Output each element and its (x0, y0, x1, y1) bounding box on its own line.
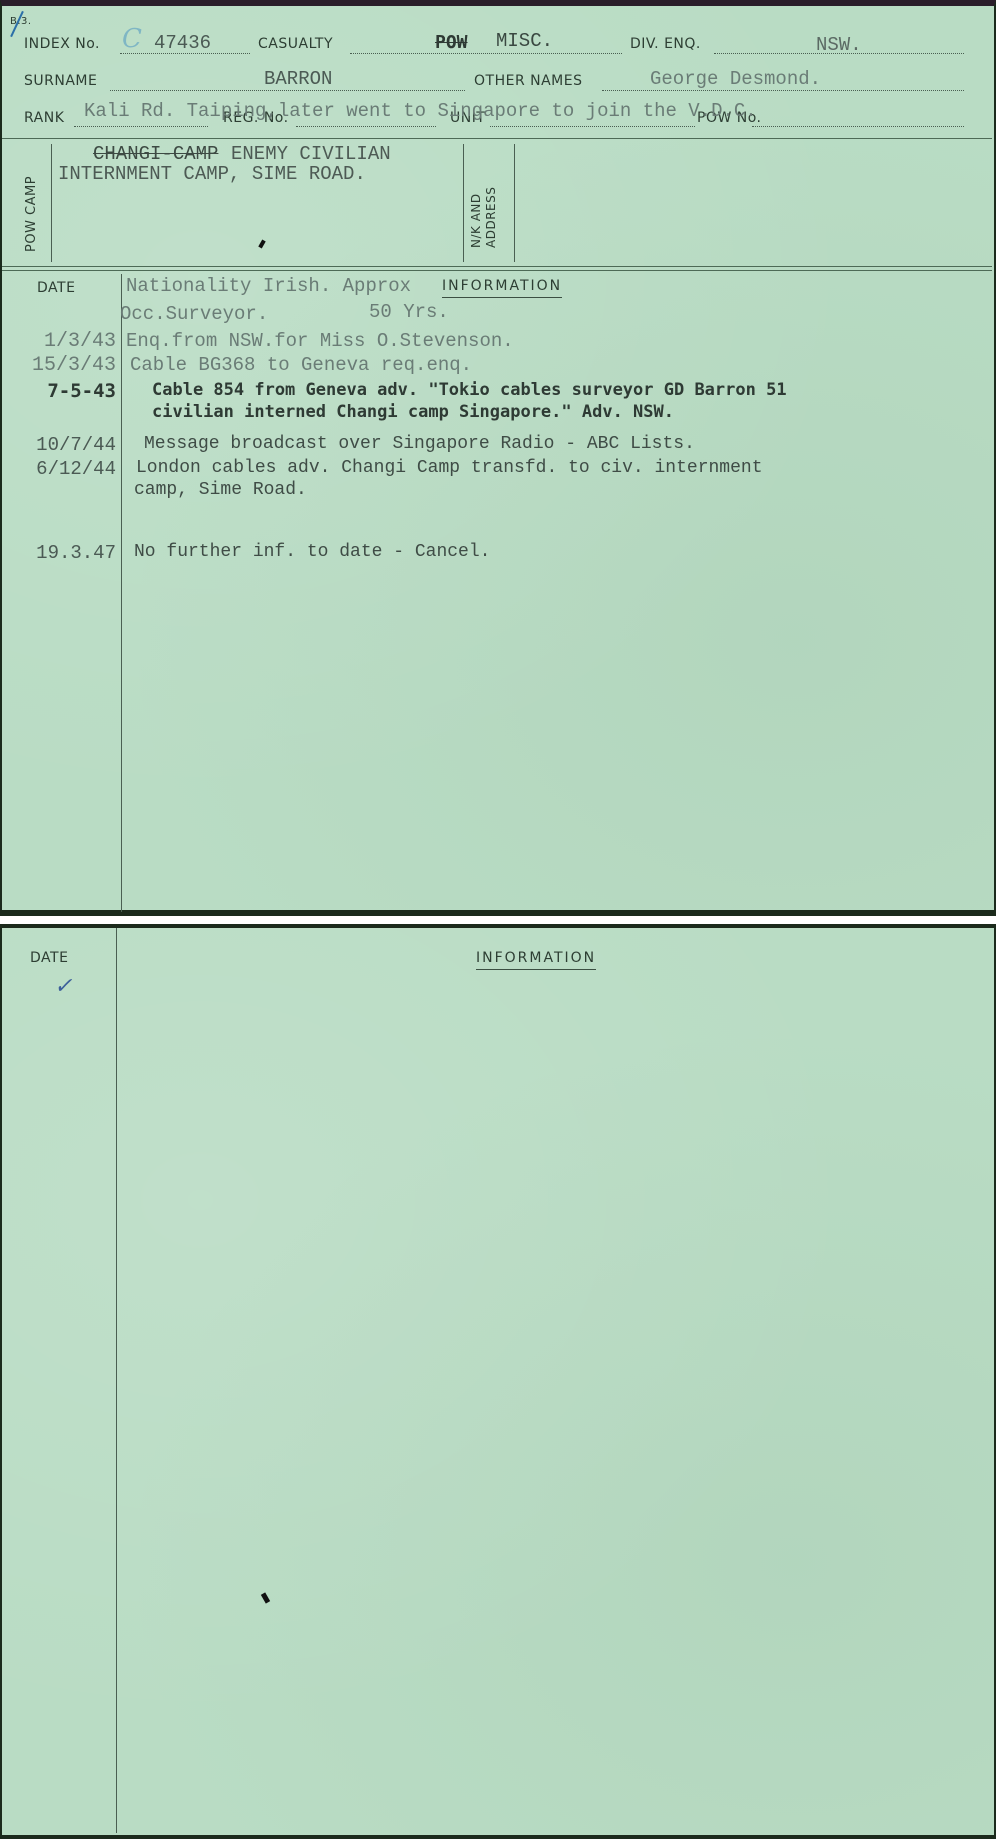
other-names-label: OTHER NAMES (474, 73, 582, 89)
index-no-value: 47436 (154, 32, 211, 54)
nk-address-divider-left (463, 144, 464, 262)
rank-line-typed-text: Kali Rd. Taiping,later went to Singapore… (84, 100, 757, 122)
surname-line (110, 90, 465, 91)
log-entry-text: London cables adv. Changi Camp transfd. … (136, 458, 763, 478)
handwritten-index-prefix: C (122, 24, 142, 54)
surname-value: BARRON (264, 68, 332, 90)
index-no-label: INDEX No. (24, 36, 100, 52)
index-card-back: DATE INFORMATION ✓ (0, 924, 996, 1839)
rank-line (74, 126, 208, 127)
nk-address-label: N/K AND ADDRESS (469, 187, 499, 248)
date-header: DATE (37, 280, 75, 296)
casualty-value: MISC. (496, 30, 553, 52)
preamble-line1: Nationality Irish. Approx (126, 275, 411, 297)
rank-label: RANK (24, 110, 64, 126)
back-date-column-divider (116, 928, 117, 1833)
section-divider-top (2, 138, 992, 139)
other-names-line (602, 90, 964, 91)
surname-label: SURNAME (24, 73, 97, 89)
back-information-header: INFORMATION (476, 950, 596, 970)
unit-line (490, 126, 695, 127)
ink-blot (261, 1592, 270, 1603)
log-entry-date: 7-5-43 (47, 380, 116, 402)
log-entry-date: 1/3/43 (44, 330, 116, 353)
log-entry-date: 15/3/43 (32, 354, 116, 377)
nk-address-field (522, 146, 982, 256)
nk-address-label-line1: N/K AND (469, 187, 484, 248)
log-entry-text: No further inf. to date - Cancel. (134, 542, 490, 562)
casualty-label: CASUALTY (258, 36, 333, 52)
date-column-divider (121, 274, 122, 912)
log-entry-text: civilian interned Changi camp Singapore.… (152, 402, 674, 422)
casualty-struck-value: POW (435, 32, 468, 53)
div-enq-value: NSW. (816, 34, 862, 56)
pow-camp-line1: ENEMY CIVILIAN (231, 143, 391, 165)
pow-camp-line2: INTERNMENT CAMP, SIME ROAD. (58, 163, 366, 185)
pow-camp-divider (51, 144, 52, 262)
preamble-line2-b: 50 Yrs. (369, 301, 449, 323)
back-date-header: DATE (30, 950, 68, 966)
log-entry-text: Cable BG368 to Geneva req.enq. (130, 354, 472, 376)
check-mark-icon: ✓ (54, 974, 72, 999)
log-entry-text: Message broadcast over Singapore Radio -… (144, 434, 695, 454)
reg-no-line (296, 126, 436, 127)
information-header: INFORMATION (442, 278, 562, 298)
log-entry-date: 6/12/44 (36, 458, 116, 480)
ink-blot (258, 240, 265, 249)
log-entry-text: Cable 854 from Geneva adv. "Tokio cables… (152, 380, 787, 400)
div-enq-label: DIV. ENQ. (630, 36, 701, 52)
section-divider-double (2, 266, 992, 271)
nk-address-divider-right (514, 144, 515, 262)
log-entry-text: Enq.from NSW.for Miss O.Stevenson. (126, 330, 514, 352)
casualty-line (350, 53, 622, 54)
other-names-value: George Desmond. (650, 68, 821, 90)
preamble-line2-a: Occ.Surveyor. (120, 303, 268, 325)
pow-camp-label: POW CAMP (24, 176, 39, 252)
log-entry-text: camp, Sime Road. (134, 480, 307, 500)
log-entry-date: 19.3.47 (36, 542, 116, 564)
pow-camp-struck-value: CHANGI-CAMP (93, 143, 218, 165)
log-entry-date: 10/7/44 (36, 434, 116, 456)
pow-no-line (752, 126, 964, 127)
index-card-front: B.3. C INDEX No. 47436 CASUALTY POW MISC… (0, 0, 996, 916)
nk-address-label-line2: ADDRESS (484, 187, 499, 248)
